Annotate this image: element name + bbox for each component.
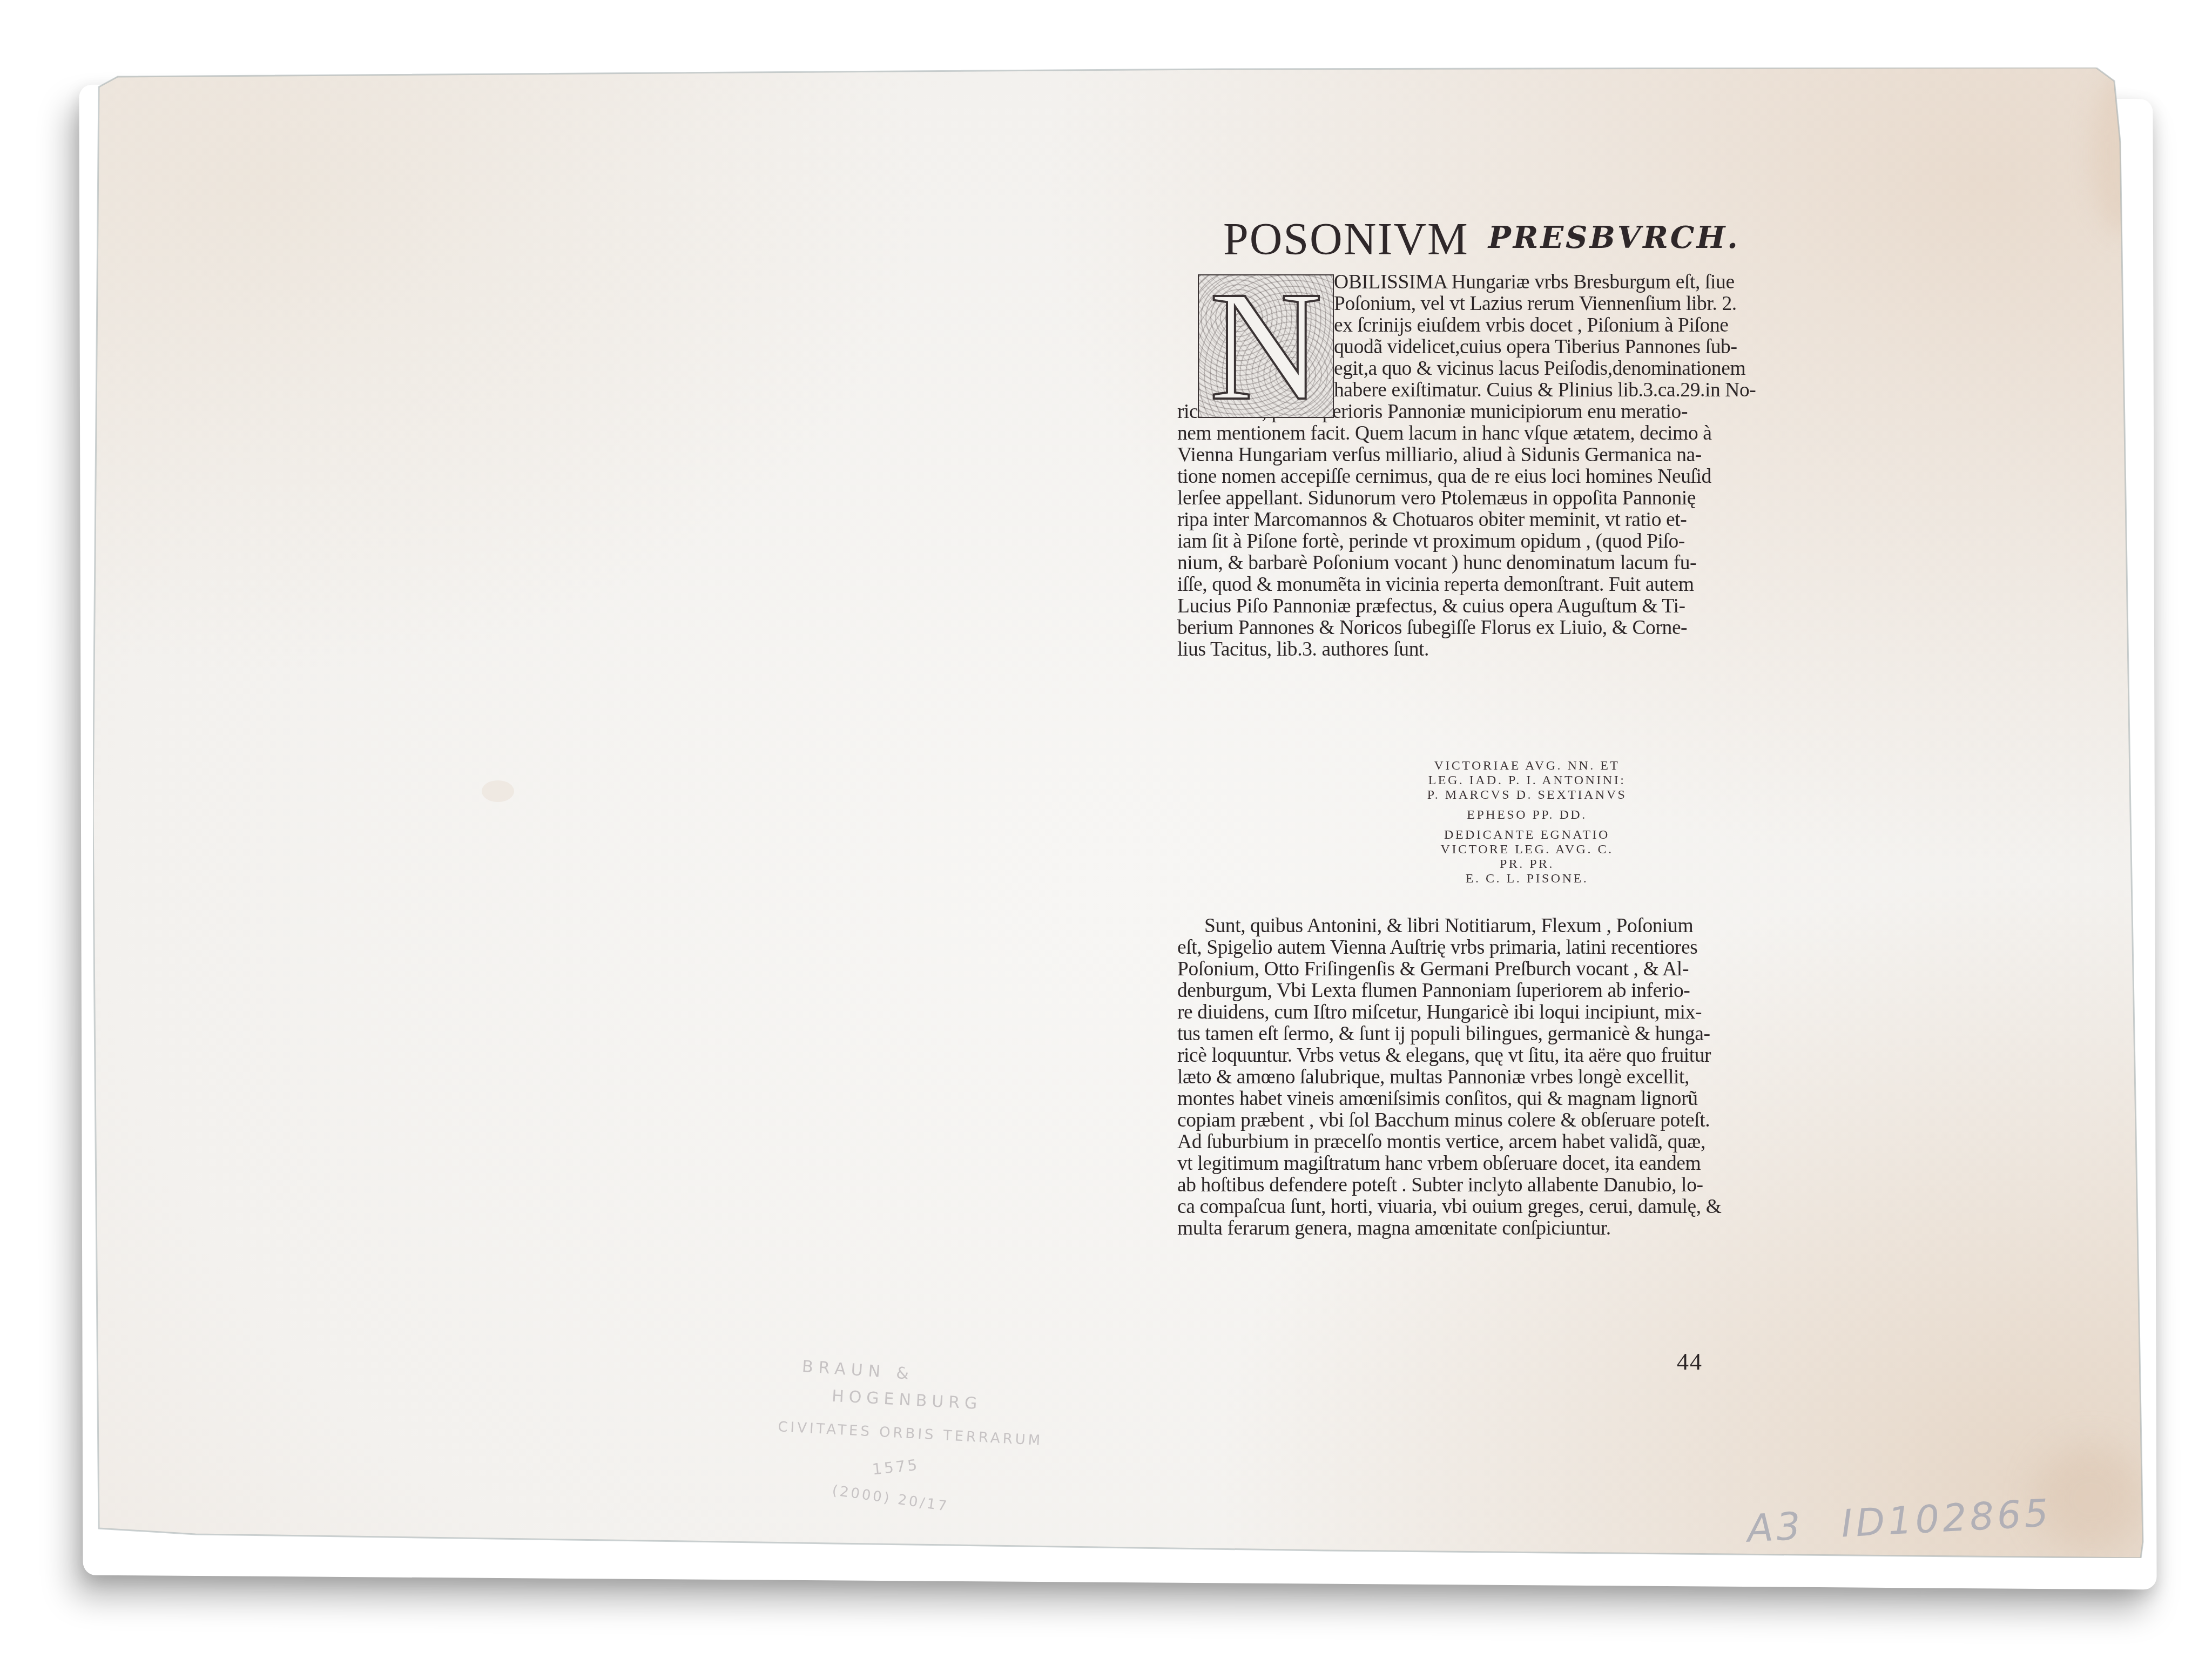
inscription-line: P. MARCVS D. SEXTIANVS	[1166, 788, 1887, 803]
inscription-group: DEDICANTE EGNATIO VICTORE LEG. AVG. C. P…	[1177, 828, 1898, 886]
text-line: multa ferarum genera, magna amœnitate co…	[1177, 1218, 1898, 1239]
pencil-note-format: A3	[1746, 1504, 1805, 1551]
inscription-line: EPHESO PP. DD.	[1166, 808, 1887, 823]
edge-discoloration	[2037, 1445, 2145, 1553]
text-line: ca compaſcua ſunt, horti, viuaria, vbi o…	[1177, 1196, 1898, 1218]
drop-cap-letter: N	[1199, 274, 1333, 418]
text-line: Lucius Piſo Pannoniæ præfectus, & cuius …	[1177, 596, 1898, 617]
text-line: ricè loquuntur. Vrbs vetus & elegans, qu…	[1177, 1045, 1898, 1067]
text-line: iam ſit à Piſone fortè, perinde vt proxi…	[1177, 531, 1898, 552]
inscription-line: VICTORE LEG. AVG. C.	[1166, 842, 1887, 857]
title-latin: POSONIVM	[1223, 214, 1469, 265]
text-line: ab hoſtibus defendere poteſt . Subter in…	[1177, 1175, 1898, 1196]
text-line: iſſe, quod & monumẽta in vicinia reperta…	[1177, 574, 1898, 596]
inscription-line: DEDICANTE EGNATIO	[1166, 828, 1887, 842]
text-line: tus tamen eſt ſermo, & ſunt ij populi bi…	[1177, 1023, 1898, 1045]
text-line: Vienna Hungariam verſus milliario, aliud…	[1177, 444, 1898, 466]
text-line: eſt, Spigelio autem Vienna Auſtrię vrbs …	[1177, 937, 1898, 959]
decorated-initial-n: N	[1198, 274, 1334, 418]
paper-stain	[482, 780, 514, 802]
text-line: montes habet vineis amœniſsimis conſitos…	[1177, 1088, 1898, 1110]
text-line: copiam præbent , vbi ſol Bacchum minus c…	[1177, 1110, 1898, 1131]
text-line: nium, & barbarè Poſonium vocant ) hunc d…	[1177, 552, 1898, 574]
text-line: Poſonium, Otto Friſingenſis & Germani Pr…	[1177, 959, 1898, 980]
text-line: ripa inter Marcomannos & Chotuaros obite…	[1177, 509, 1898, 531]
text-line: Sunt, quibus Antonini, & libri Notitiaru…	[1177, 915, 1898, 937]
inscription-group: VICTORIAE AVG. NN. ET LEG. IAD. P. I. AN…	[1177, 759, 1898, 803]
page-number: 44	[1677, 1349, 1703, 1376]
inscription-line: VICTORIAE AVG. NN. ET	[1166, 759, 1887, 773]
roman-inscription: VICTORIAE AVG. NN. ET LEG. IAD. P. I. AN…	[1177, 759, 1898, 892]
text-line: denburgum, Vbi Lexta flumen Pannoniam ſu…	[1177, 980, 1898, 1002]
text-line: berium Pannones & Noricos ſubegiſſe Flor…	[1177, 617, 1898, 639]
text-line: Ad ſuburbium in præcelſo montis vertice,…	[1177, 1131, 1898, 1153]
text-line: tione nomen accepiſſe cernimus, qua de r…	[1177, 466, 1898, 488]
paragraph-2: Sunt, quibus Antonini, & libri Notitiaru…	[1177, 915, 1898, 1239]
text-line: nem mentionem facit. Quem lacum in hanc …	[1177, 423, 1898, 444]
paragraph-1: N OBILISSIMA Hungariæ vrbs Bresburgum eſ…	[1177, 272, 1898, 660]
inscription-line: E. C. L. PISONE.	[1166, 872, 1887, 886]
text-line: lerſee appellant. Sidunorum vero Ptolemæ…	[1177, 488, 1898, 509]
text-line: re diuidens, cum Iſtro miſcetur, Hungari…	[1177, 1002, 1898, 1023]
inscription-line: LEG. IAD. P. I. ANTONINI:	[1166, 773, 1887, 788]
text-line: vt legitimum magiſtratum hanc vrbem obſe…	[1177, 1153, 1898, 1175]
page-title: POSONIVMPRESBVRCH.	[1223, 208, 1740, 269]
inscription-group: EPHESO PP. DD.	[1177, 808, 1898, 823]
inscription-line: PR. PR.	[1166, 857, 1887, 872]
title-german-blackletter: PRESBVRCH.	[1488, 220, 1740, 255]
text-line: lius Tacitus, lib.3. authores ſunt.	[1177, 639, 1898, 660]
text-line: læto & amœno ſalubrique, multas Pannoniæ…	[1177, 1067, 1898, 1088]
photo-background: POSONIVMPRESBVRCH. N OBILISSIMA Hungariæ…	[0, 0, 2212, 1665]
